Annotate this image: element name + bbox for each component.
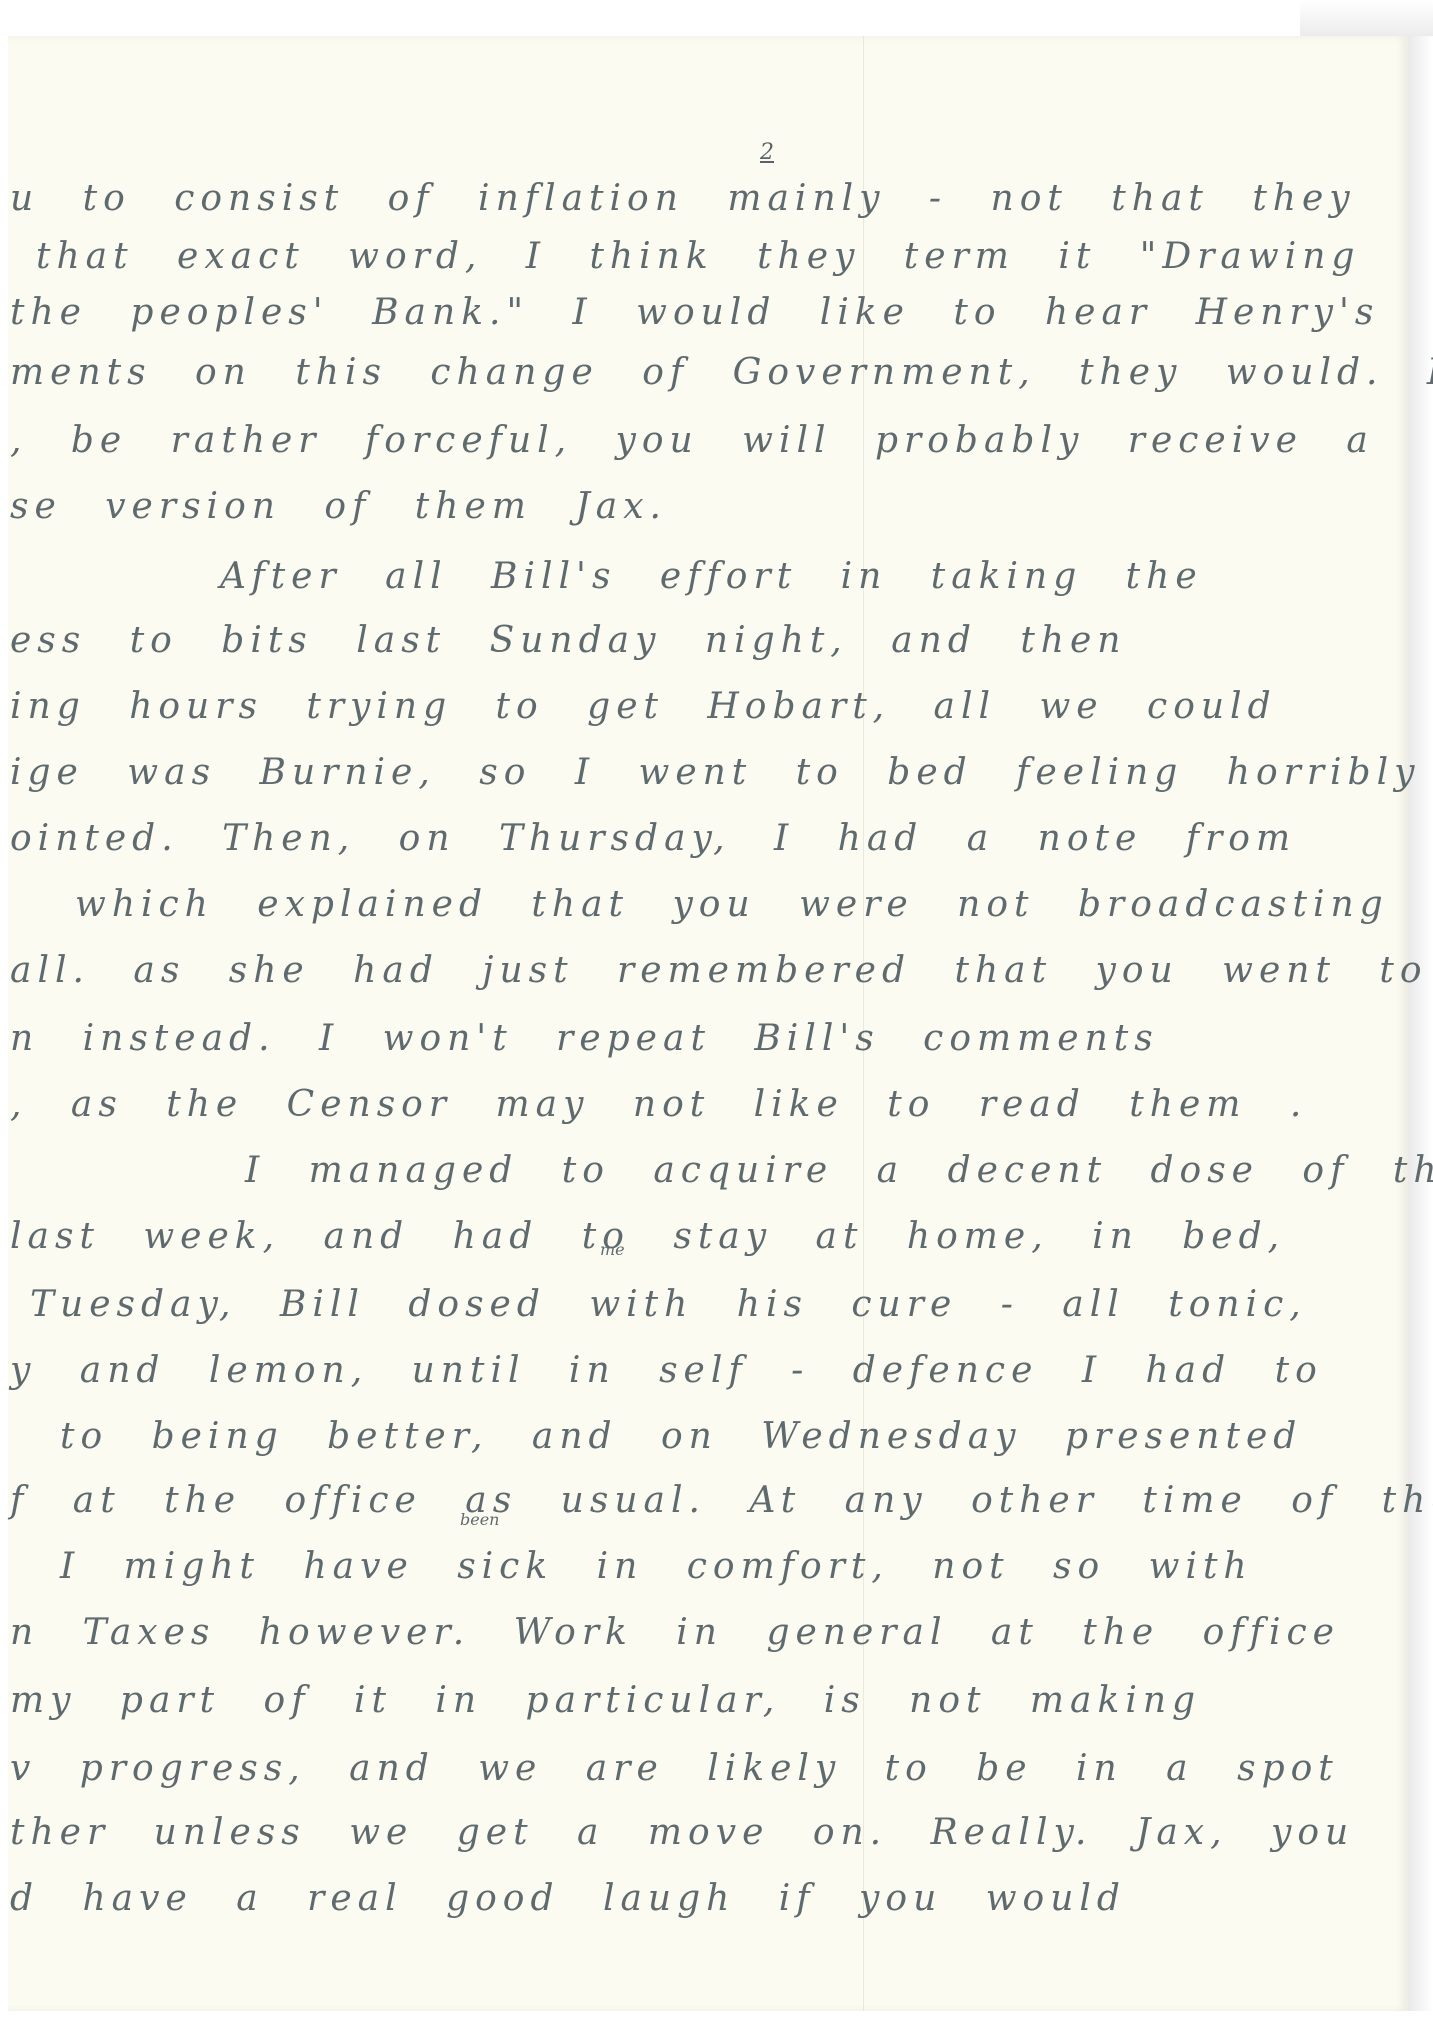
letter-line: which explained that you were not broadc…: [75, 884, 1389, 925]
letter-line: , as the Censor may not like to read the…: [10, 1084, 1307, 1125]
letter-line: all. as she had just remembered that you…: [10, 950, 1428, 991]
letter-line: I managed to acquire a decent dose of th…: [245, 1150, 1433, 1191]
letter-line: the peoples' Bank." I would like to hear…: [10, 292, 1379, 333]
insert-word: me: [600, 1240, 625, 1259]
letter-line: n Taxes however. Work in general at the …: [10, 1612, 1340, 1653]
letter-line: u to consist of inflation mainly - not t…: [10, 178, 1356, 219]
letter-line: f at the office as usual. At any other t…: [10, 1480, 1433, 1521]
letter-line: ointed. Then, on Thursday, I had a note …: [10, 818, 1296, 859]
scan-top-edge: [1300, 0, 1433, 36]
scan-right-edge: [1408, 36, 1433, 2011]
letter-line: I might have sick in comfort, not so wit…: [60, 1546, 1253, 1587]
insert-word: been: [460, 1510, 499, 1529]
letter-line: ing hours trying to get Hobart, all we c…: [10, 686, 1277, 727]
letter-line: se version of them Jax.: [10, 486, 667, 527]
letter-line: n instead. I won't repeat Bill's comment…: [10, 1018, 1159, 1059]
letter-line: ess to bits last Sunday night, and then: [10, 620, 1126, 661]
letter-line: last week, and had to stay at home, in b…: [10, 1216, 1285, 1257]
letter-line: ments on this change of Government, they…: [10, 352, 1433, 393]
letter-line: y and lemon, until in self - defence I h…: [10, 1350, 1323, 1391]
letter-line: my part of it in particular, is not maki…: [10, 1680, 1201, 1721]
letter-line: , be rather forceful, you will probably …: [10, 420, 1374, 461]
letter-line: to being better, and on Wednesday presen…: [60, 1416, 1302, 1457]
letter-line: d have a real good laugh if you would: [10, 1878, 1126, 1919]
letter-line: Tuesday, Bill dosed with his cure - all …: [30, 1284, 1307, 1325]
letter-line: After all Bill's effort in taking the: [220, 556, 1203, 597]
letter-line: ige was Burnie, so I went to bed feeling…: [10, 752, 1420, 793]
letter-line: v progress, and we are likely to be in a…: [10, 1748, 1339, 1789]
letter-line: that exact word, I think they term it "D…: [36, 236, 1360, 277]
page-number: 2: [760, 140, 774, 165]
letter-line: ther unless we get a move on. Really. Ja…: [10, 1812, 1354, 1853]
